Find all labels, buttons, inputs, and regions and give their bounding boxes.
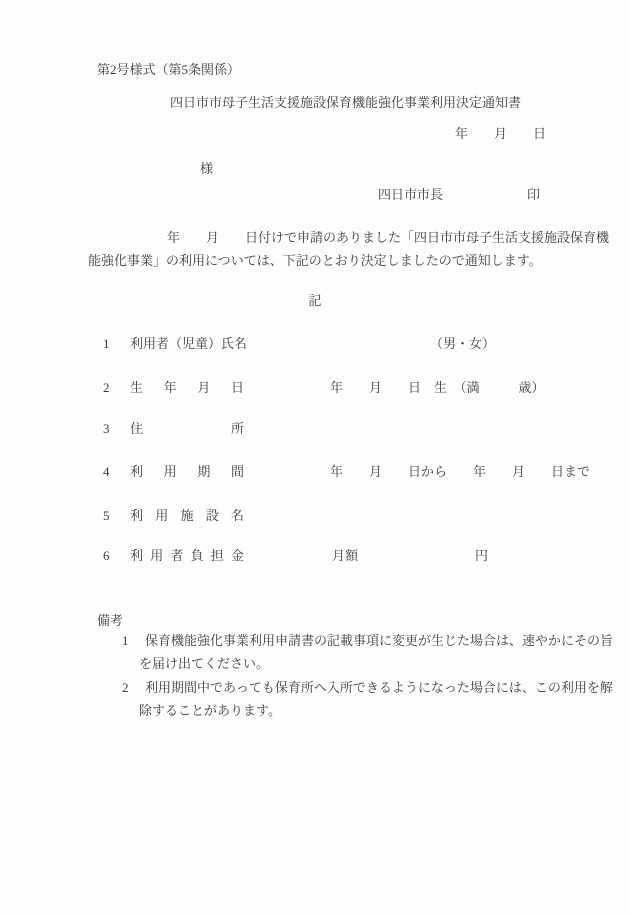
remarks-note-1-number: 1	[122, 633, 129, 649]
item-value: 年 月 日 生 （満 歳）	[330, 380, 545, 396]
issue-date-line: 年 月 日	[455, 126, 546, 142]
item-number: 5	[103, 508, 110, 524]
remarks-note-2-number: 2	[122, 680, 129, 696]
body-paragraph-line2: 能強化事業」の利用については、下記のとおり決定しましたので通知します。	[88, 253, 542, 269]
item-value: 年 月 日から 年 月 日まで	[330, 464, 590, 480]
item-number: 4	[103, 464, 110, 480]
item-row-2: 2 生年月日 年 月 日 生 （満 歳）	[0, 380, 630, 396]
item-row-5: 5 利用施設名	[0, 508, 630, 524]
item-number: 3	[103, 421, 110, 437]
item-number: 1	[103, 336, 110, 352]
remarks-heading: 備考	[97, 613, 123, 629]
item-label: 利用施設名	[130, 508, 244, 524]
item-row-4: 4 利用期間 年 月 日から 年 月 日まで	[0, 464, 630, 480]
body-paragraph-line1: 年 月 日付けで申請のありました「四日市市母子生活支援施設保育機	[167, 230, 609, 246]
record-marker: 記	[0, 293, 630, 309]
item-label: 生年月日	[130, 380, 244, 396]
remarks-note-2-line1: 利用期間中であっても保育所へ入所できるようになった場合には、この利用を解	[145, 680, 613, 696]
remarks-note-1-line1: 保育機能強化事業利用申請書の記載事項に変更が生じた場合は、速やかにその旨	[145, 633, 613, 649]
item-label: 利用期間	[130, 464, 244, 480]
item-row-6: 6 利用者負担金 月額 円	[0, 548, 630, 564]
item-row-3: 3 住所	[0, 421, 630, 437]
item-label: 利用者負担金	[130, 548, 244, 564]
item-number: 2	[103, 380, 110, 396]
remarks-note-2-line2: 除することがあります。	[139, 703, 281, 719]
item-row-1: 1 利用者（児童）氏名 （男・女）	[0, 336, 630, 352]
remarks-note-1-line2: を届け出てください。	[139, 656, 269, 672]
document-page: 第2号様式（第5条関係） 四日市市母子生活支援施設保育機能強化事業利用決定通知書…	[0, 0, 630, 915]
form-number: 第2号様式（第5条関係）	[97, 62, 240, 78]
recipient-honorific: 様	[200, 161, 213, 177]
seal-mark: 印	[527, 187, 540, 203]
item-label: 住所	[130, 421, 244, 437]
item-number: 6	[103, 548, 110, 564]
issuer-name: 四日市市長	[378, 187, 443, 203]
item-label: 利用者（児童）氏名	[130, 336, 247, 352]
document-title: 四日市市母子生活支援施設保育機能強化事業利用決定通知書	[170, 95, 521, 111]
item-value: （男・女）	[430, 336, 495, 352]
item-value: 月額 円	[332, 548, 488, 564]
